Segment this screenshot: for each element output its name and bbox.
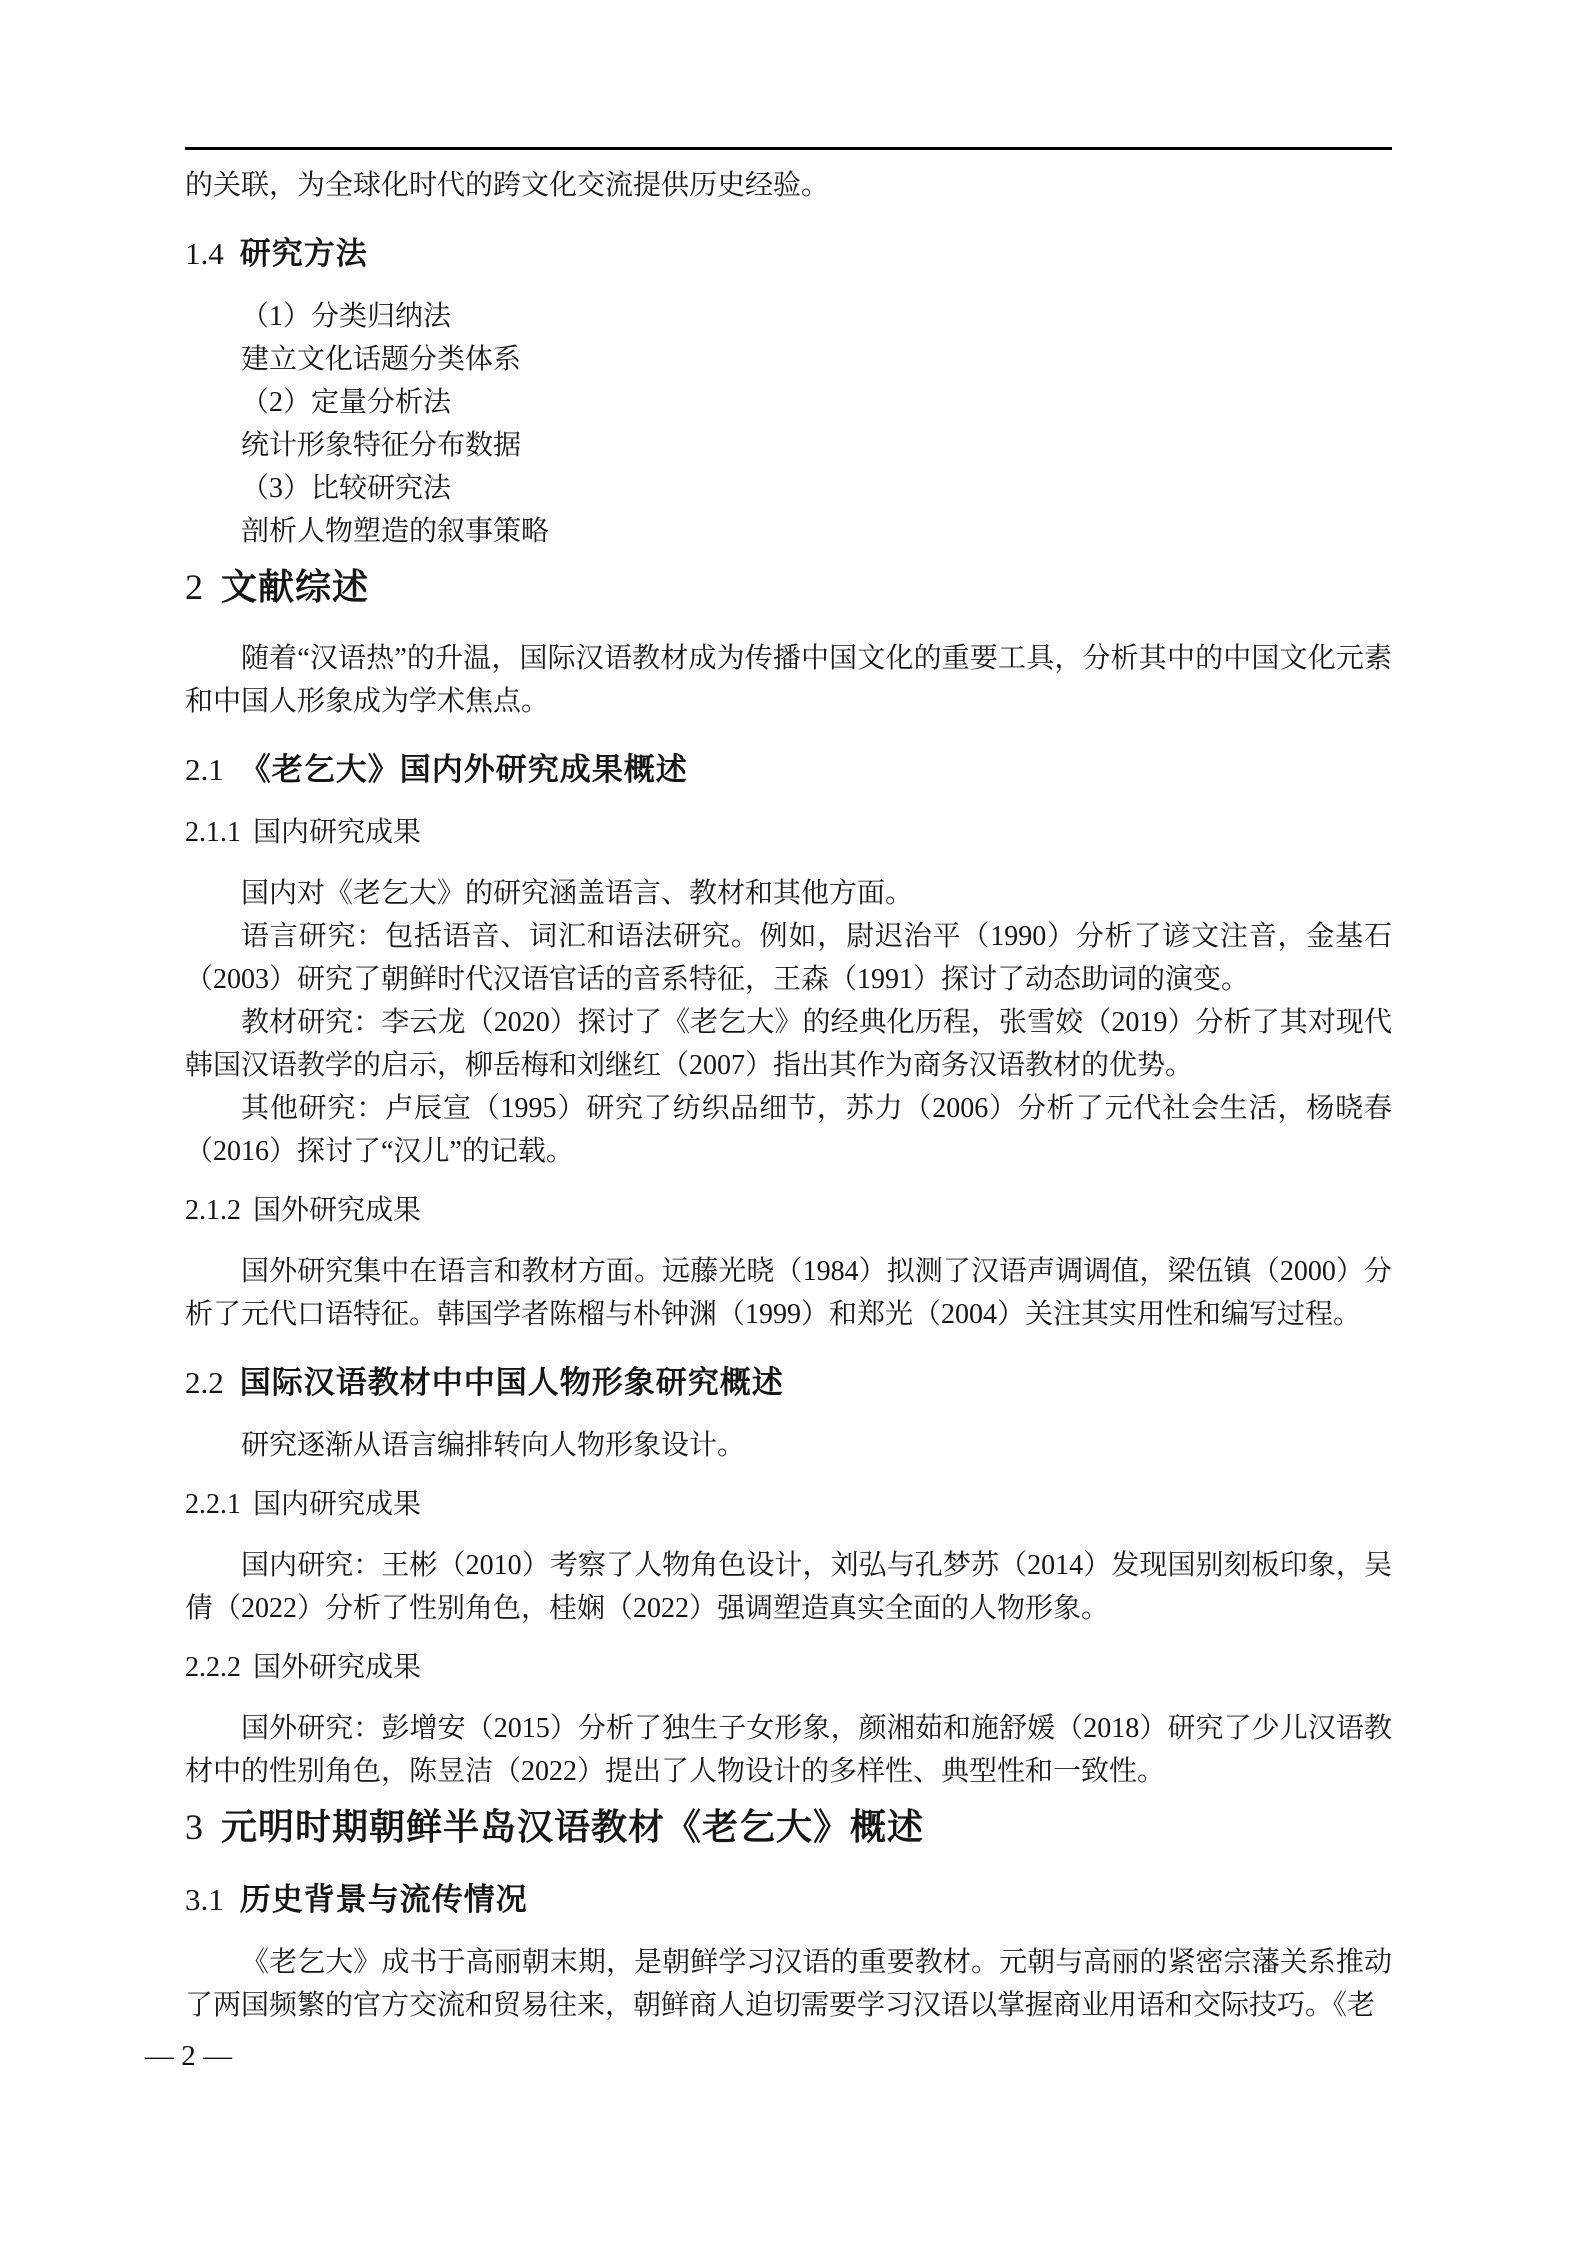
heading-number: 1.4 (185, 236, 224, 271)
heading-laoqida-chapter: 3元明时期朝鲜半岛汉语教材《老乞大》概述 (185, 1801, 1392, 1853)
heading-number: 2.2.2 (185, 1652, 241, 1683)
heading-number: 3 (185, 1807, 203, 1847)
heading-laoqida-overview: 2.1《老乞大》国内外研究成果概述 (185, 747, 1392, 793)
methods-list: （1）分类归纳法 建立文化话题分类体系 （2）定量分析法 统计形象特征分布数据 … (185, 295, 1392, 553)
heading-number: 2.2.1 (185, 1489, 241, 1520)
document-page: 的关联，为全球化时代的跨文化交流提供历史经验。 1.4研究方法 （1）分类归纳法… (0, 0, 1586, 2245)
heading-text: 《老乞大》国内外研究成果概述 (240, 752, 688, 787)
heading-number: 2.2 (185, 1365, 224, 1400)
heading-number: 2.1.2 (185, 1195, 241, 1226)
list-line: 剖析人物塑造的叙事策略 (185, 510, 1392, 553)
body-paragraph: 国外研究：彭增安（2015）分析了独生子女形象，颜湘茹和施舒媛（2018）研究了… (185, 1707, 1392, 1793)
heading-number: 2 (185, 567, 203, 607)
heading-text: 国外研究成果 (253, 1652, 421, 1683)
heading-domestic-results: 2.1.1国内研究成果 (185, 811, 1392, 854)
heading-number: 3.1 (185, 1882, 224, 1917)
page-number: — 2 — (145, 2040, 232, 2073)
body-paragraph: 随着“汉语热”的升温，国际汉语教材成为传播中国文化的重要工具，分析其中的中国文化… (185, 637, 1392, 723)
body-paragraph: 国外研究集中在语言和教材方面。远藤光晓（1984）拟测了汉语声调调值，梁伍镇（2… (185, 1250, 1392, 1336)
heading-character-image-overview: 2.2国际汉语教材中中国人物形象研究概述 (185, 1360, 1392, 1406)
heading-text: 历史背景与流传情况 (240, 1882, 528, 1917)
list-line: （1）分类归纳法 (185, 295, 1392, 338)
continuation-paragraph: 的关联，为全球化时代的跨文化交流提供历史经验。 (185, 164, 1392, 207)
header-rule (185, 147, 1392, 150)
body-paragraph: 教材研究：李云龙（2020）探讨了《老乞大》的经典化历程，张雪姣（2019）分析… (185, 1001, 1392, 1087)
body-paragraph: 国内对《老乞大》的研究涵盖语言、教材和其他方面。 (185, 872, 1392, 915)
page-content: 的关联，为全球化时代的跨文化交流提供历史经验。 1.4研究方法 （1）分类归纳法… (0, 0, 1586, 2027)
heading-text: 国外研究成果 (253, 1195, 421, 1226)
body-paragraph: 其他研究：卢辰宣（1995）研究了纺织品细节，苏力（2006）分析了元代社会生活… (185, 1087, 1392, 1173)
heading-research-methods: 1.4研究方法 (185, 231, 1392, 277)
heading-text: 国内研究成果 (253, 817, 421, 848)
heading-text: 国际汉语教材中中国人物形象研究概述 (240, 1365, 784, 1400)
heading-literature-review: 2文献综述 (185, 561, 1392, 613)
list-line: （3）比较研究法 (185, 467, 1392, 510)
heading-text: 研究方法 (240, 236, 368, 271)
heading-number: 2.1 (185, 752, 224, 787)
list-line: 统计形象特征分布数据 (185, 424, 1392, 467)
list-line: （2）定量分析法 (185, 381, 1392, 424)
body-paragraph: 国内研究：王彬（2010）考察了人物角色设计，刘弘与孔梦苏（2014）发现国别刻… (185, 1544, 1392, 1630)
heading-number: 2.1.1 (185, 817, 241, 848)
body-paragraph: 研究逐渐从语言编排转向人物形象设计。 (185, 1424, 1392, 1467)
heading-historical-background: 3.1历史背景与流传情况 (185, 1877, 1392, 1923)
heading-domestic-results-2: 2.2.1国内研究成果 (185, 1483, 1392, 1526)
body-paragraph: 语言研究：包括语音、词汇和语法研究。例如，尉迟治平（1990）分析了谚文注音，金… (185, 915, 1392, 1001)
heading-foreign-results-2: 2.2.2国外研究成果 (185, 1646, 1392, 1689)
body-paragraph: 《老乞大》成书于高丽朝末期，是朝鲜学习汉语的重要教材。元朝与高丽的紧密宗藩关系推… (185, 1941, 1392, 2027)
list-line: 建立文化话题分类体系 (185, 338, 1392, 381)
heading-text: 国内研究成果 (253, 1489, 421, 1520)
heading-text: 文献综述 (221, 566, 369, 607)
heading-text: 元明时期朝鲜半岛汉语教材《老乞大》概述 (221, 1806, 924, 1847)
heading-foreign-results: 2.1.2国外研究成果 (185, 1189, 1392, 1232)
